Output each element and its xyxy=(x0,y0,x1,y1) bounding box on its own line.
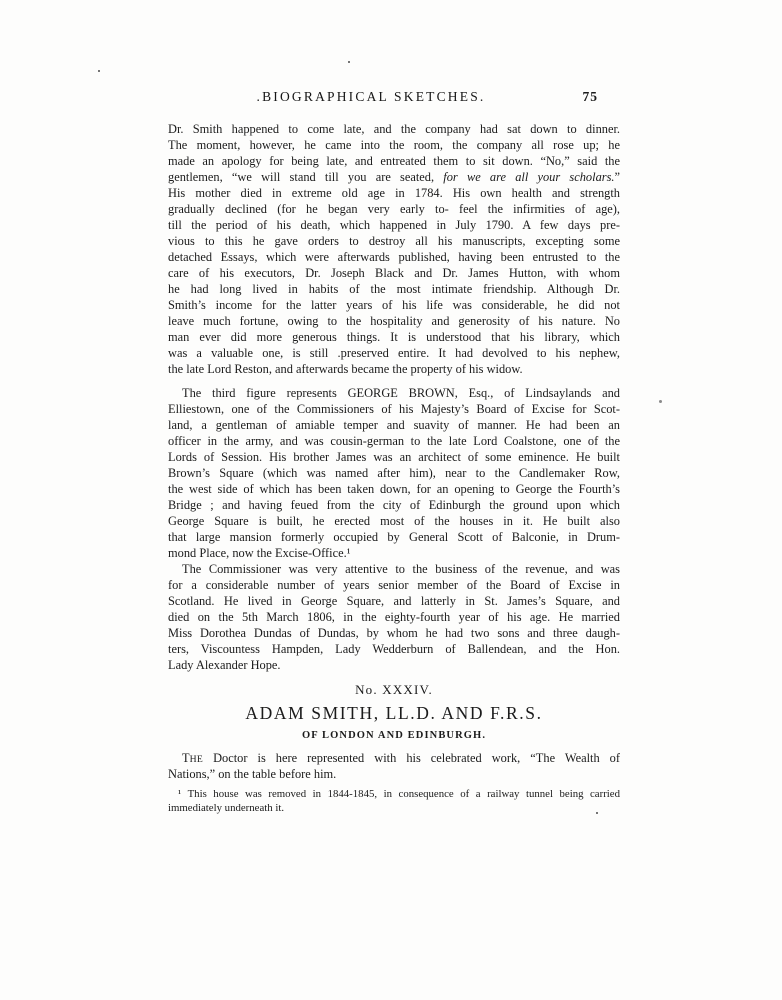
text-line: gradually declined (for he began very ea… xyxy=(168,201,620,217)
text-line: Smith’s income for the latter years of h… xyxy=(168,297,620,313)
section-number: No. XXXIV. xyxy=(168,682,620,698)
text-line: vious to this he gave orders to destroy … xyxy=(168,233,620,249)
text-line: that large mansion formerly occupied by … xyxy=(168,529,620,545)
text-line: ters, Viscountess Hampden, Lady Wedderbu… xyxy=(168,641,620,657)
scan-artifact-dot xyxy=(659,400,662,403)
paragraph: ¹ This house was removed in 1844-1845, i… xyxy=(168,788,620,815)
text-line: gentlemen, “we will stand till you are s… xyxy=(168,169,620,185)
text-line: care of his executors, Dr. Joseph Black … xyxy=(168,265,620,281)
section-heading: No. XXXIV. ADAM SMITH, LL.D. AND F.R.S. … xyxy=(168,682,620,742)
text-line: ¹ This house was removed in 1844-1845, i… xyxy=(168,788,620,802)
text-line: immediately underneath it. xyxy=(168,802,620,816)
text-line: made an apology for being late, and entr… xyxy=(168,153,620,169)
text-line: The moment, however, he came into the ro… xyxy=(168,137,620,153)
text-line: Dr. Smith happened to come late, and the… xyxy=(168,121,620,137)
text-line: The third figure represents GEORGE BROWN… xyxy=(168,385,620,401)
text-line: died on the 5th March 1806, in the eight… xyxy=(168,609,620,625)
text-line: Miss Dorothea Dundas of Dundas, by whom … xyxy=(168,625,620,641)
intro-paragraph: THE Doctor is here represented with his … xyxy=(168,750,620,782)
text-line: man ever did more generous things. It is… xyxy=(168,329,620,345)
text-line: officer in the army, and was cousin-germ… xyxy=(168,433,620,449)
section-subtitle: OF LONDON AND EDINBURGH. xyxy=(168,729,620,742)
text-line: The Commissioner was very attentive to t… xyxy=(168,561,620,577)
text-line: His mother died in extreme old age in 17… xyxy=(168,185,620,201)
scan-artifact-dot xyxy=(596,812,598,814)
scan-artifact-dot xyxy=(348,61,350,63)
text-line: till the period of his death, which happ… xyxy=(168,217,620,233)
scan-artifact-dot xyxy=(98,70,100,72)
text-line: was a valuable one, is still .preserved … xyxy=(168,345,620,361)
text-line: mond Place, now the Excise-Office.¹ xyxy=(168,545,620,561)
body-paragraphs: Dr. Smith happened to come late, and the… xyxy=(168,121,620,673)
paragraph: THE Doctor is here represented with his … xyxy=(168,750,620,782)
text-line: he had long lived in habits of the most … xyxy=(168,281,620,297)
text-line: THE Doctor is here represented with his … xyxy=(168,750,620,766)
text-line: Lords of Session. His brother James was … xyxy=(168,449,620,465)
text-line: the late Lord Reston, and afterwards bec… xyxy=(168,361,620,377)
footnote: ¹ This house was removed in 1844-1845, i… xyxy=(168,788,620,815)
text-line: for a considerable number of years senio… xyxy=(168,577,620,593)
text-line: the west side of which has been taken do… xyxy=(168,481,620,497)
text-line: Scotland. He lived in George Square, and… xyxy=(168,593,620,609)
page-header: .BIOGRAPHICAL SKETCHES. 75 xyxy=(168,89,620,107)
section-title: ADAM SMITH, LL.D. AND F.R.S. xyxy=(168,703,620,724)
text-line: Brown’s Square (which was named after hi… xyxy=(168,465,620,481)
text-line: Nations,” on the table before him. xyxy=(168,766,620,782)
running-title: .BIOGRAPHICAL SKETCHES. xyxy=(168,89,574,105)
text-line: land, a gentleman of amiable temper and … xyxy=(168,417,620,433)
paragraph: Dr. Smith happened to come late, and the… xyxy=(168,121,620,377)
text-line: Bridge ; and having feued from the city … xyxy=(168,497,620,513)
book-page: .BIOGRAPHICAL SKETCHES. 75 Dr. Smith hap… xyxy=(0,0,782,1000)
page-body: Dr. Smith happened to come late, and the… xyxy=(168,121,620,815)
text-line: George Square is built, he erected most … xyxy=(168,513,620,529)
paragraph: The Commissioner was very attentive to t… xyxy=(168,561,620,673)
text-line: Elliestown, one of the Commissioners of … xyxy=(168,401,620,417)
text-line: Lady Alexander Hope. xyxy=(168,657,620,673)
text-line: detached Essays, which were afterwards p… xyxy=(168,249,620,265)
page-number: 75 xyxy=(583,89,599,105)
text-line: leave much fortune, owing to the hospita… xyxy=(168,313,620,329)
paragraph: The third figure represents GEORGE BROWN… xyxy=(168,385,620,561)
